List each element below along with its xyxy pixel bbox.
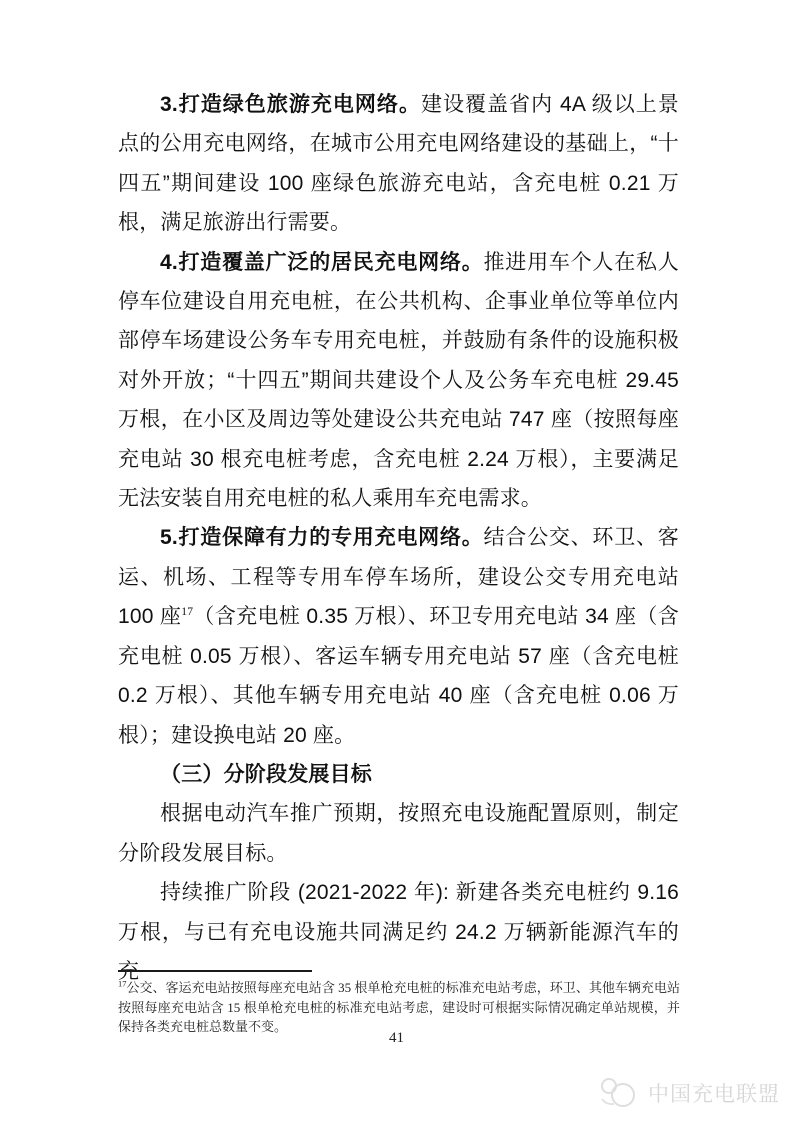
paragraph-5-lead: 5.打造保障有力的专用充电网络。 — [160, 526, 484, 549]
section-heading-staged-goals: （三）分阶段发展目标 — [118, 755, 679, 794]
paragraph-dedicated-network: 5.打造保障有力的专用充电网络。结合公交、环卫、客运、机场、工程等专用车停车场所… — [118, 518, 679, 754]
charging-alliance-logo-icon — [597, 1077, 641, 1109]
paragraph-3-lead: 3.打造绿色旅游充电网络。 — [160, 93, 421, 116]
footnote-17: 17公交、客运充电站按照每座充电站含 35 根单枪充电桩的标准充电站考虑，环卫、… — [118, 978, 680, 1037]
footnote-text: 公交、客运充电站按照每座充电站含 35 根单枪充电桩的标准充电站考虑，环卫、其他… — [118, 980, 680, 1034]
document-page: 3.打造绿色旅游充电网络。建设覆盖省内 4A 级以上景点的公用充电网络，在城市公… — [0, 0, 793, 1122]
paragraph-residential-network: 4.打造覆盖广泛的居民充电网络。推进用车个人在私人停车位建设自用充电桩，在公共机… — [118, 243, 679, 519]
footnote-separator — [118, 970, 312, 972]
document-body: 3.打造绿色旅游充电网络。建设覆盖省内 4A 级以上景点的公用充电网络，在城市公… — [118, 85, 679, 991]
page-number: 41 — [0, 1030, 793, 1047]
footnote-reference-17: 17 — [181, 606, 193, 618]
paragraph-green-tourism-network: 3.打造绿色旅游充电网络。建设覆盖省内 4A 级以上景点的公用充电网络，在城市公… — [118, 85, 679, 243]
watermark: 中国充电联盟 — [597, 1077, 780, 1109]
paragraph-5-text-after-ref: （含充电桩 0.35 万根）、环卫专用充电站 34 座（含充电桩 0.05 万根… — [118, 605, 679, 746]
watermark-label: 中国充电联盟 — [648, 1078, 780, 1108]
paragraph-goal-intro: 根据电动汽车推广预期，按照充电设施配置原则，制定分阶段发展目标。 — [118, 794, 679, 873]
paragraph-4-lead: 4.打造覆盖广泛的居民充电网络。 — [160, 251, 484, 274]
paragraph-4-text: 推进用车个人在私人停车位建设自用充电桩，在公共机构、企事业单位等单位内部停车场建… — [118, 251, 679, 510]
paragraph-promotion-stage: 持续推广阶段 (2021-2022 年): 新建各类充电桩约 9.16 万根，与… — [118, 873, 679, 991]
